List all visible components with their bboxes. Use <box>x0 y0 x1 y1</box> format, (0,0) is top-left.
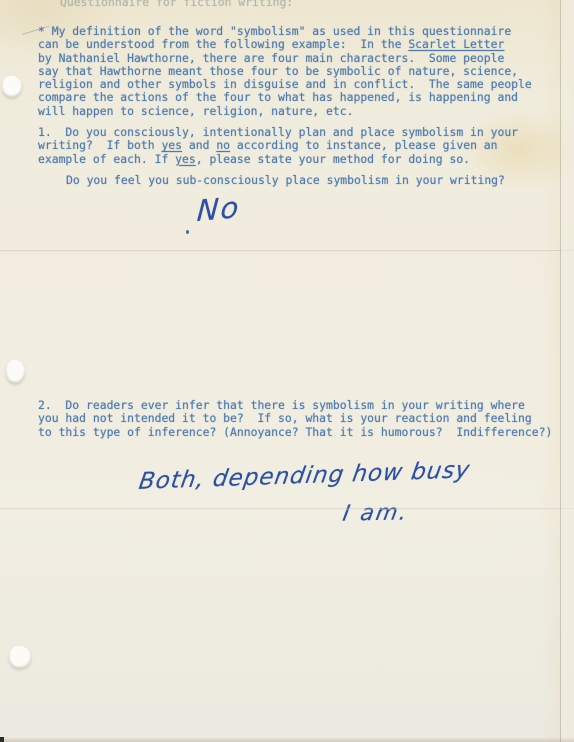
punch-hole <box>6 360 25 384</box>
question-2: 2. Do readers ever infer that there is s… <box>38 399 552 439</box>
handwritten-answer-2-line2: I am. <box>341 500 411 526</box>
typed-line: to this type of inference? (Annoyance? T… <box>38 426 552 439</box>
typed-line: compare the actions of the four to what … <box>38 91 532 104</box>
ink-dot <box>186 230 189 234</box>
handwritten-answer-1: No <box>196 190 242 228</box>
fold-crease <box>0 250 574 252</box>
document-title: Questionnaire for fiction writing: <box>60 0 293 9</box>
paper-right-edge <box>560 0 561 742</box>
typed-line: you had not intended it to be? If so, wh… <box>38 412 552 425</box>
question-1: 1. Do you consciously, intentionally pla… <box>38 126 518 166</box>
fold-crease <box>0 508 574 510</box>
typed-line: can be understood from the following exa… <box>38 38 532 51</box>
typed-line: will happen to science, religion, nature… <box>38 105 532 118</box>
typed-line: example of each. If yes, please state yo… <box>38 153 518 166</box>
typed-line: by Nathaniel Hawthorne, there are four m… <box>38 52 532 65</box>
scan-bottom-edge <box>0 737 574 742</box>
punch-hole <box>2 76 22 98</box>
scanned-page: Questionnaire for fiction writing: * My … <box>0 0 574 742</box>
handwritten-answer-2-line1: Both, depending how busy <box>137 457 472 495</box>
definition-paragraph: * My definition of the word "symbolism" … <box>38 25 532 118</box>
question-1-subquestion: Do you feel you sub-consciously place sy… <box>66 174 505 187</box>
paper-right-edge-strip <box>561 0 574 742</box>
typed-line: writing? If both yes and no according to… <box>38 139 518 152</box>
punch-hole <box>9 646 31 669</box>
scan-corner-mark <box>0 737 4 742</box>
